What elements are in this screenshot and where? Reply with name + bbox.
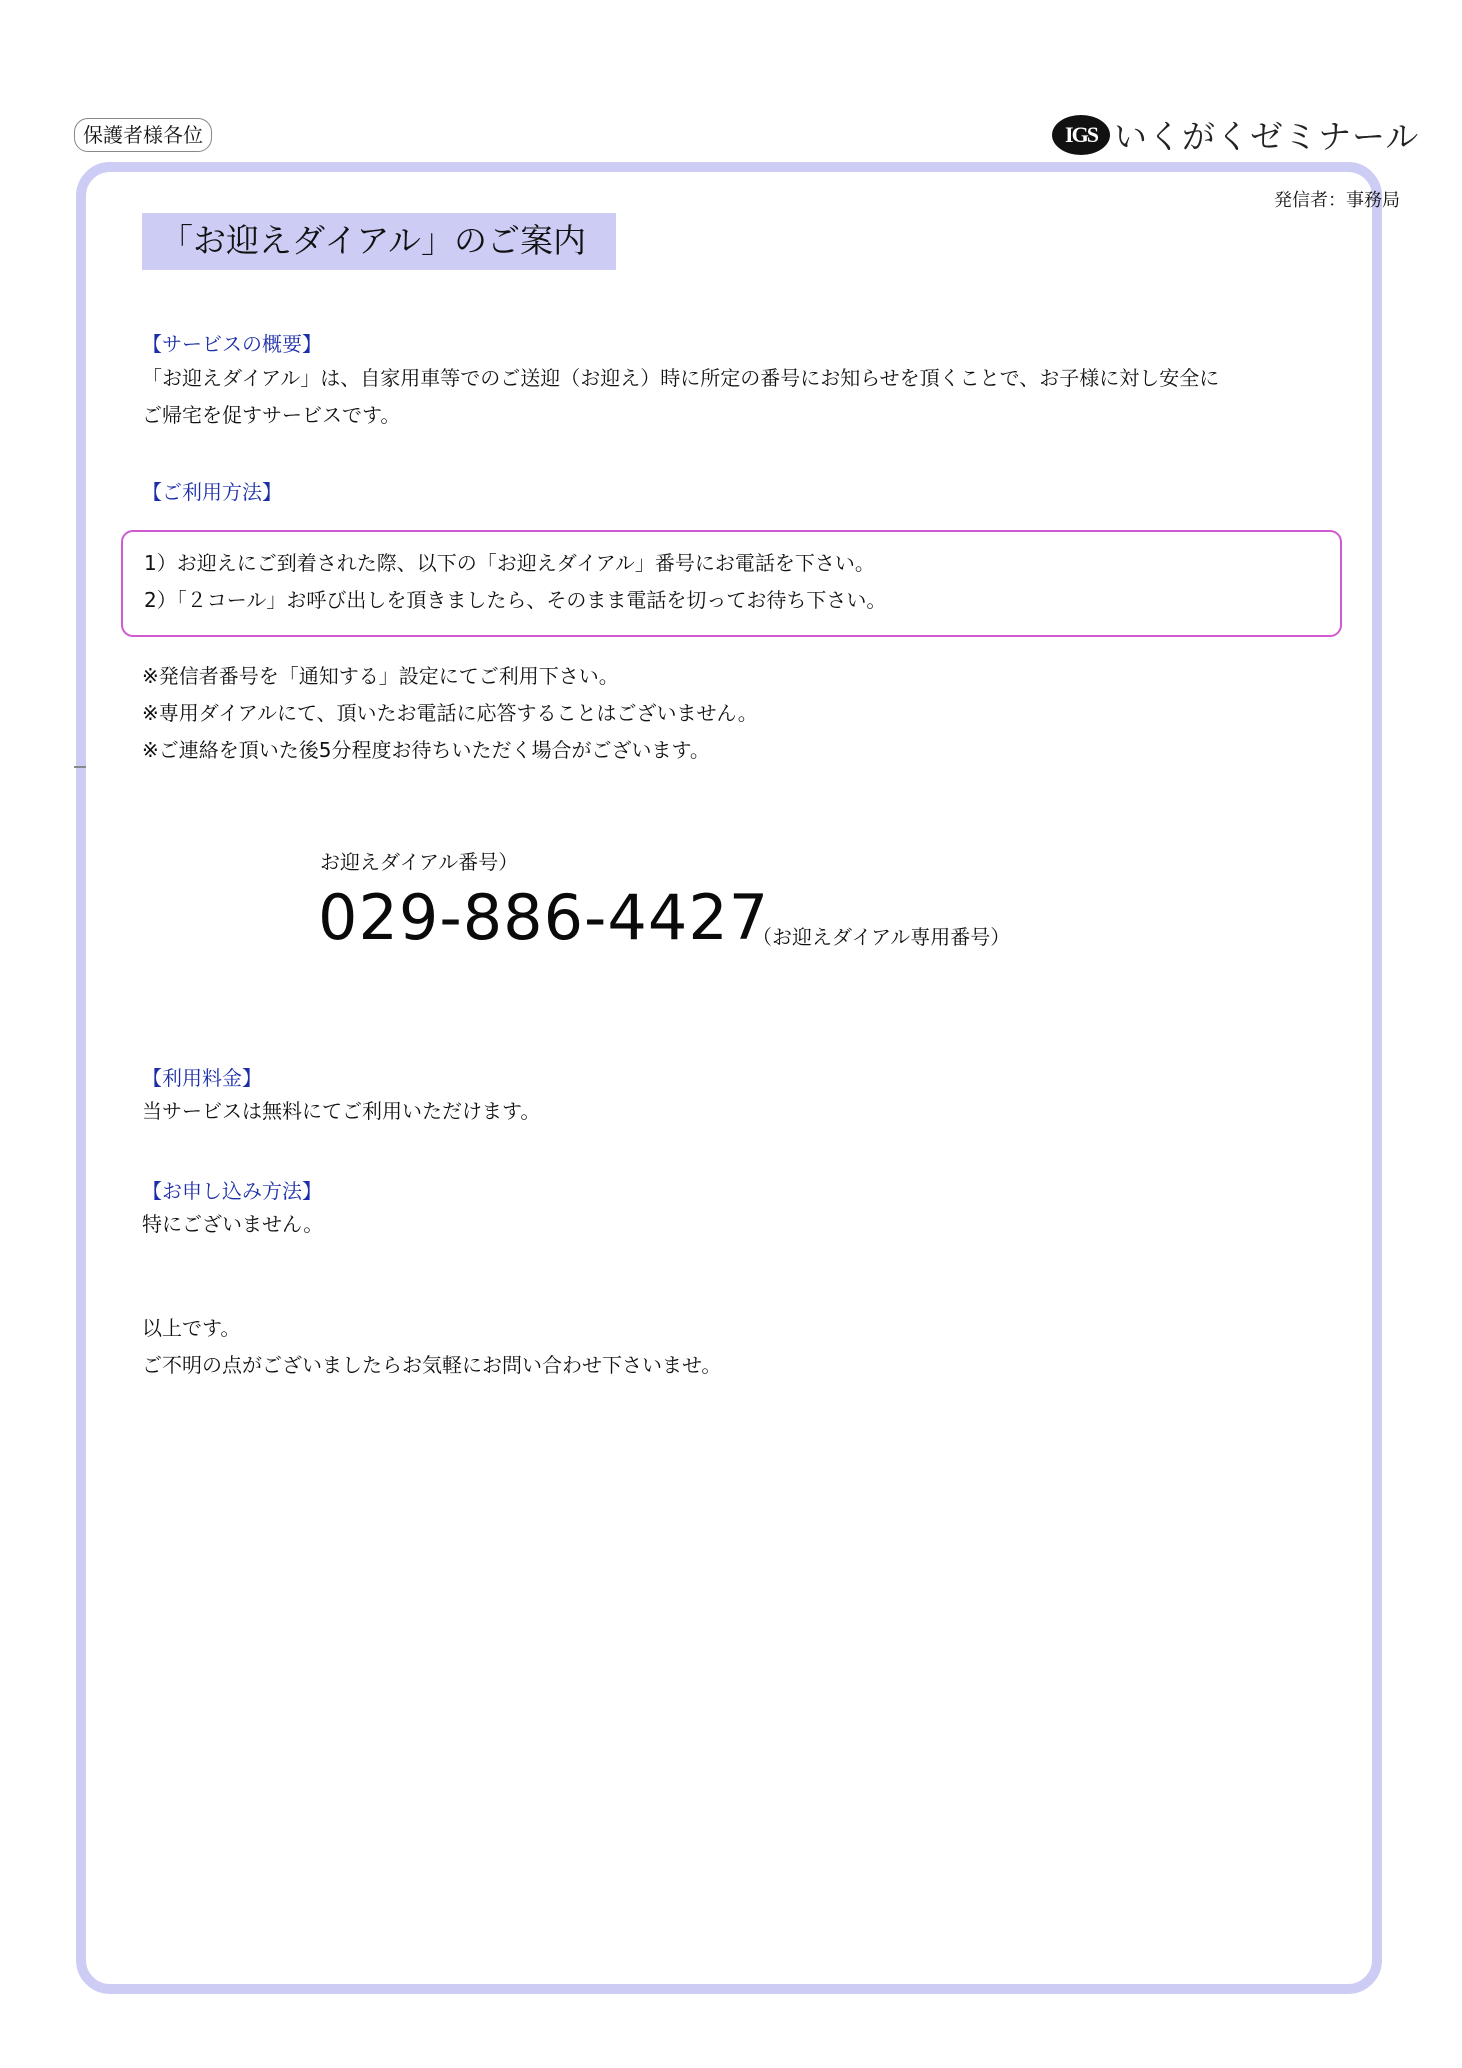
igs-logo-icon: IGS <box>1052 115 1110 155</box>
overview-line: 「お迎えダイアル」は、自家用車等でのご送迎（お迎え）時に所定の番号にお知らせを頂… <box>142 360 1219 397</box>
usage-step: 2）「２コール」お呼び出しを頂きましたら、そのまま電話を切ってお待ち下さい。 <box>144 582 886 619</box>
dial-note: （お迎えダイアル専用番号） <box>752 921 1010 950</box>
closing-text: 以上です。 ご不明の点がございましたらお気軽にお問い合わせ下さいませ。 <box>142 1310 721 1384</box>
page-title: 「お迎えダイアル」のご案内 <box>160 215 586 267</box>
recipient-label: 保護者様各位 <box>74 118 212 152</box>
closing-line: 以上です。 <box>142 1310 721 1347</box>
heading-overview: 【サービスの概要】 <box>142 328 322 357</box>
usage-note: ※ご連絡を頂いた後5分程度お待ちいただく場合がございます。 <box>142 732 758 769</box>
issuer-label: 発信者：事務局 <box>1274 186 1400 212</box>
dial-number: 029-886-4427 <box>318 880 769 956</box>
heading-usage: 【ご利用方法】 <box>142 476 282 505</box>
fee-text: 当サービスは無料にてご利用いただけます。 <box>142 1093 540 1130</box>
overview-line: ご帰宅を促すサービスです。 <box>142 397 1219 434</box>
usage-steps: 1）お迎えにご到着された際、以下の「お迎えダイアル」番号にお電話を下さい。 2）… <box>144 545 886 619</box>
usage-step: 1）お迎えにご到着された際、以下の「お迎えダイアル」番号にお電話を下さい。 <box>144 545 886 582</box>
company-logo: IGS いくがくゼミナール <box>1052 111 1419 158</box>
dial-label: お迎えダイアル番号） <box>320 846 518 875</box>
heading-fee: 【利用料金】 <box>142 1062 262 1091</box>
usage-note: ※発信者番号を「通知する」設定にてご利用下さい。 <box>142 658 758 695</box>
usage-note: ※専用ダイアルにて、頂いたお電話に応答することはございません。 <box>142 695 758 732</box>
fold-mark <box>74 766 86 768</box>
page-frame <box>76 162 1382 1994</box>
company-name: いくがくゼミナール <box>1114 111 1419 158</box>
usage-notes: ※発信者番号を「通知する」設定にてご利用下さい。 ※専用ダイアルにて、頂いたお電… <box>142 658 758 769</box>
overview-text: 「お迎えダイアル」は、自家用車等でのご送迎（お迎え）時に所定の番号にお知らせを頂… <box>142 360 1219 434</box>
closing-line: ご不明の点がございましたらお気軽にお問い合わせ下さいませ。 <box>142 1347 721 1384</box>
heading-application: 【お申し込み方法】 <box>142 1175 322 1204</box>
application-text: 特にございません。 <box>142 1206 323 1243</box>
